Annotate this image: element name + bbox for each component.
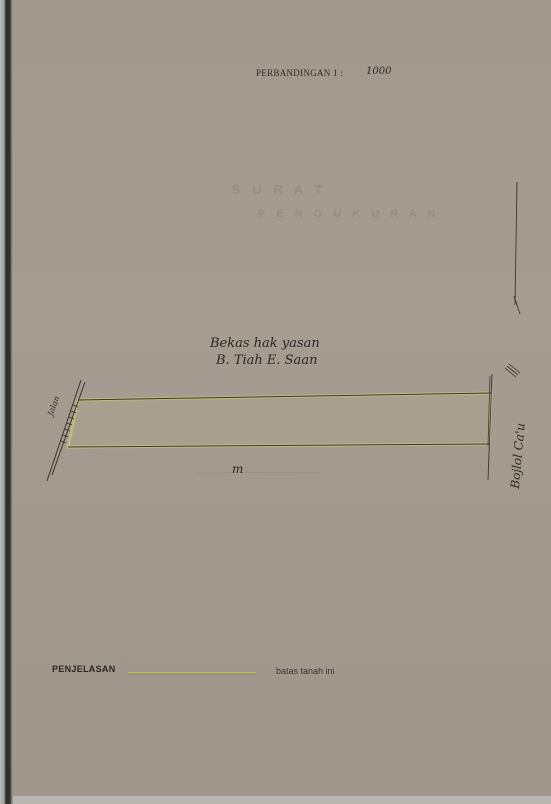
right-road-marker xyxy=(505,364,520,377)
legend-description: batas tanah ini xyxy=(276,666,335,676)
parcel-label-line1: Bekas hak yasan xyxy=(210,336,320,351)
parcel-map-drawing xyxy=(0,0,551,804)
legend-title: PENJELASAN xyxy=(52,664,116,674)
dimension-line xyxy=(196,472,326,473)
north-arrow-head xyxy=(514,296,520,314)
parcel-area xyxy=(68,393,491,447)
parcel-label-line2: B. Tiah E. Saan xyxy=(216,353,317,368)
dimension-label: m xyxy=(232,462,243,476)
north-arrow-shaft xyxy=(515,182,517,305)
